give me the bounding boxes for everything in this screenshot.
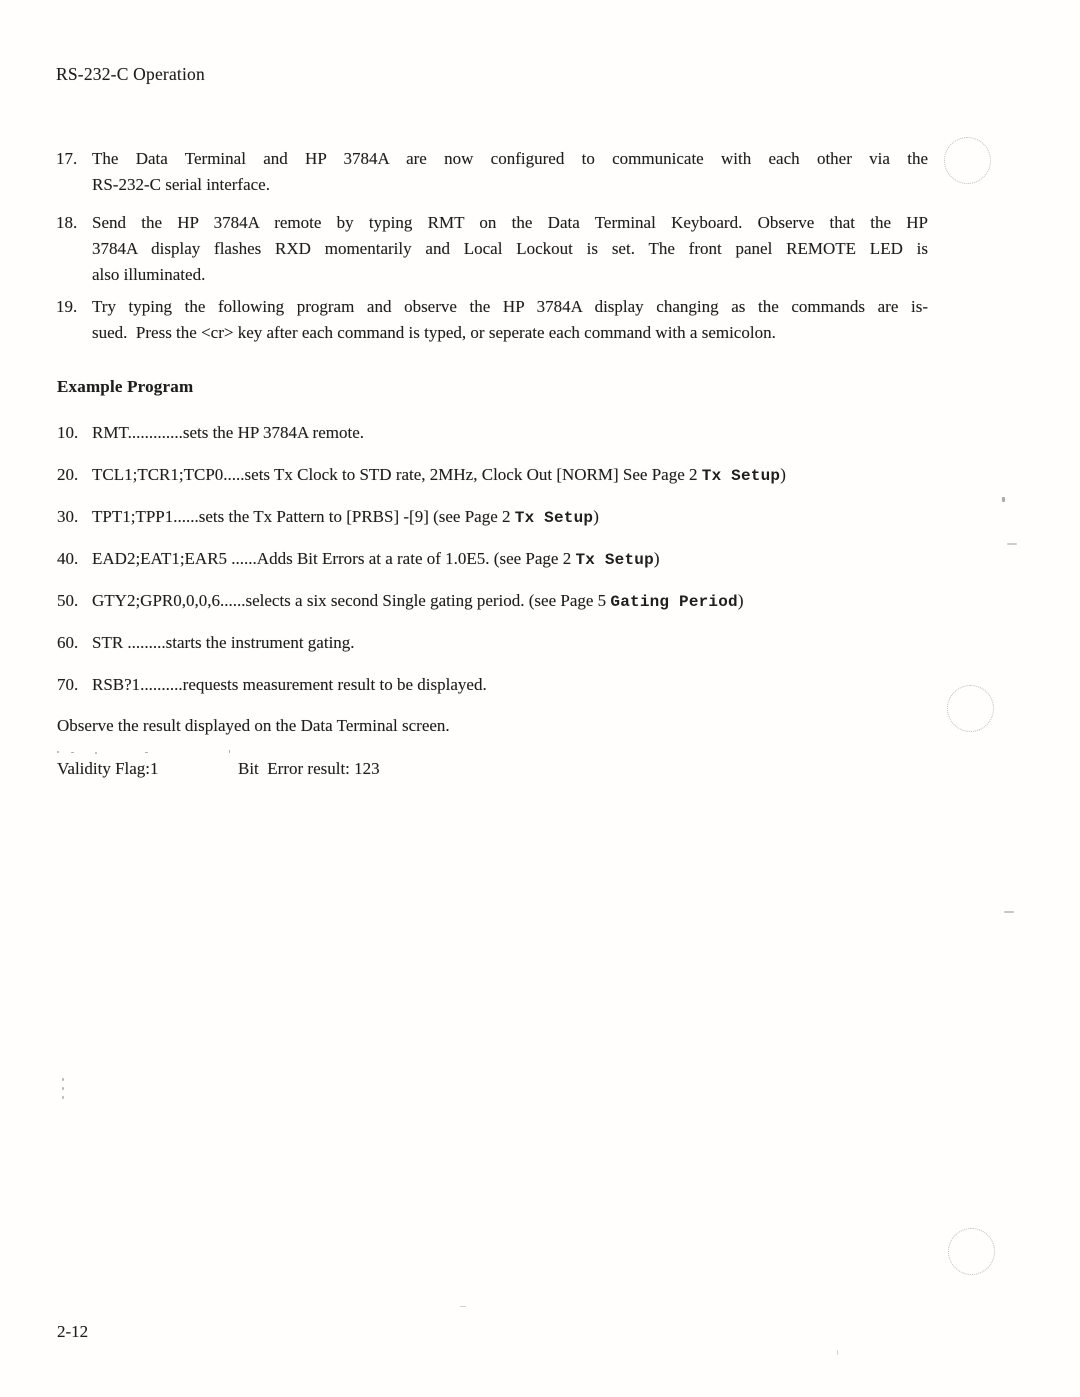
bit-error-result-value: Bit Error result: 123 <box>238 759 380 779</box>
program-line-tail: ) <box>780 465 786 484</box>
scan-artifact <box>62 1096 64 1099</box>
program-line-mono: Tx Setup <box>575 551 653 569</box>
step-body: Send the HP 3784A remote by typing RMT o… <box>92 210 928 288</box>
program-line-number: 40. <box>57 549 92 569</box>
text-line: Try typing the following program and obs… <box>92 294 928 320</box>
program-line-text: EAD2;EAT1;EAR5 ......Adds Bit Errors at … <box>92 549 660 568</box>
document-page: RS-232-C Operation 17. The Data Terminal… <box>0 0 1080 1397</box>
program-line-body: EAD2;EAT1;EAR5 ......Adds Bit Errors at … <box>92 549 575 568</box>
example-program-heading: Example Program <box>57 377 193 397</box>
program-line-body: GTY2;GPR0,0,0,6......selects a six secon… <box>92 591 610 610</box>
program-line-number: 50. <box>57 591 92 611</box>
scan-artifact <box>62 1087 64 1090</box>
hole-punch-mark <box>947 685 994 732</box>
program-line-text: GTY2;GPR0,0,0,6......selects a six secon… <box>92 591 744 610</box>
program-line-body: TPT1;TPP1......sets the Tx Pattern to [P… <box>92 507 515 526</box>
observe-result-text: Observe the result displayed on the Data… <box>57 716 450 736</box>
step-17: 17. The Data Terminal and HP 3784A are n… <box>56 146 928 198</box>
program-line: 10.RMT.............sets the HP 3784A rem… <box>57 423 364 443</box>
scan-artifact <box>95 752 97 754</box>
scan-artifact <box>460 1306 466 1307</box>
program-line-tail: ) <box>738 591 744 610</box>
program-line-tail: ) <box>593 507 599 526</box>
scan-artifact <box>62 1078 64 1081</box>
program-line: 60.STR .........starts the instrument ga… <box>57 633 355 653</box>
scan-artifact <box>1007 543 1017 545</box>
scan-artifact <box>1004 911 1014 913</box>
step-number: 18. <box>56 210 92 288</box>
program-line-body: STR .........starts the instrument gatin… <box>92 633 355 652</box>
scan-artifact <box>1002 497 1005 502</box>
validity-flag-value: Validity Flag:1 <box>57 759 159 778</box>
hole-punch-mark <box>948 1228 995 1275</box>
program-line-body: TCL1;TCR1;TCP0.....sets Tx Clock to STD … <box>92 465 702 484</box>
scan-artifact <box>837 1350 838 1355</box>
step-number: 17. <box>56 146 92 198</box>
program-line-text: RSB?1..........requests measurement resu… <box>92 675 487 694</box>
program-line: 50.GTY2;GPR0,0,0,6......selects a six se… <box>57 591 744 611</box>
scan-artifact <box>145 752 148 753</box>
program-line-body: RSB?1..........requests measurement resu… <box>92 675 487 694</box>
scan-artifact <box>57 751 59 753</box>
program-line-mono: Gating Period <box>610 593 737 611</box>
hole-punch-mark <box>944 137 991 184</box>
page-number: 2-12 <box>57 1322 88 1342</box>
program-line-text: TCL1;TCR1;TCP0.....sets Tx Clock to STD … <box>92 465 786 484</box>
step-number: 19. <box>56 294 92 346</box>
step-19: 19. Try typing the following program and… <box>56 294 928 346</box>
text-line: also illuminated. <box>92 262 928 288</box>
program-line-number: 20. <box>57 465 92 485</box>
result-row: Validity Flag:1 Bit Error result: 123 <box>57 759 657 779</box>
program-line-number: 70. <box>57 675 92 695</box>
program-line-body: RMT.............sets the HP 3784A remote… <box>92 423 364 442</box>
program-line-text: STR .........starts the instrument gatin… <box>92 633 355 652</box>
program-line-text: TPT1;TPP1......sets the Tx Pattern to [P… <box>92 507 599 526</box>
text-line: RS-232-C serial interface. <box>92 172 928 198</box>
step-18: 18. Send the HP 3784A remote by typing R… <box>56 210 928 288</box>
program-line-mono: Tx Setup <box>702 467 780 485</box>
program-line: 30.TPT1;TPP1......sets the Tx Pattern to… <box>57 507 599 527</box>
running-header: RS-232-C Operation <box>56 64 205 85</box>
text-line: sued. Press the <cr> key after each comm… <box>92 320 928 346</box>
scan-artifact <box>229 750 230 753</box>
program-line-number: 10. <box>57 423 92 443</box>
text-line: The Data Terminal and HP 3784A are now c… <box>92 146 928 172</box>
program-line-mono: Tx Setup <box>515 509 593 527</box>
text-line: Send the HP 3784A remote by typing RMT o… <box>92 210 928 236</box>
program-line: 70.RSB?1..........requests measurement r… <box>57 675 487 695</box>
program-line: 20.TCL1;TCR1;TCP0.....sets Tx Clock to S… <box>57 465 786 485</box>
step-body: Try typing the following program and obs… <box>92 294 928 346</box>
step-body: The Data Terminal and HP 3784A are now c… <box>92 146 928 198</box>
program-line: 40.EAD2;EAT1;EAR5 ......Adds Bit Errors … <box>57 549 660 569</box>
program-line-text: RMT.............sets the HP 3784A remote… <box>92 423 364 442</box>
scan-artifact <box>71 752 74 753</box>
program-line-number: 60. <box>57 633 92 653</box>
program-line-tail: ) <box>654 549 660 568</box>
text-line: 3784A display flashes RXD momentarily an… <box>92 236 928 262</box>
program-line-number: 30. <box>57 507 92 527</box>
